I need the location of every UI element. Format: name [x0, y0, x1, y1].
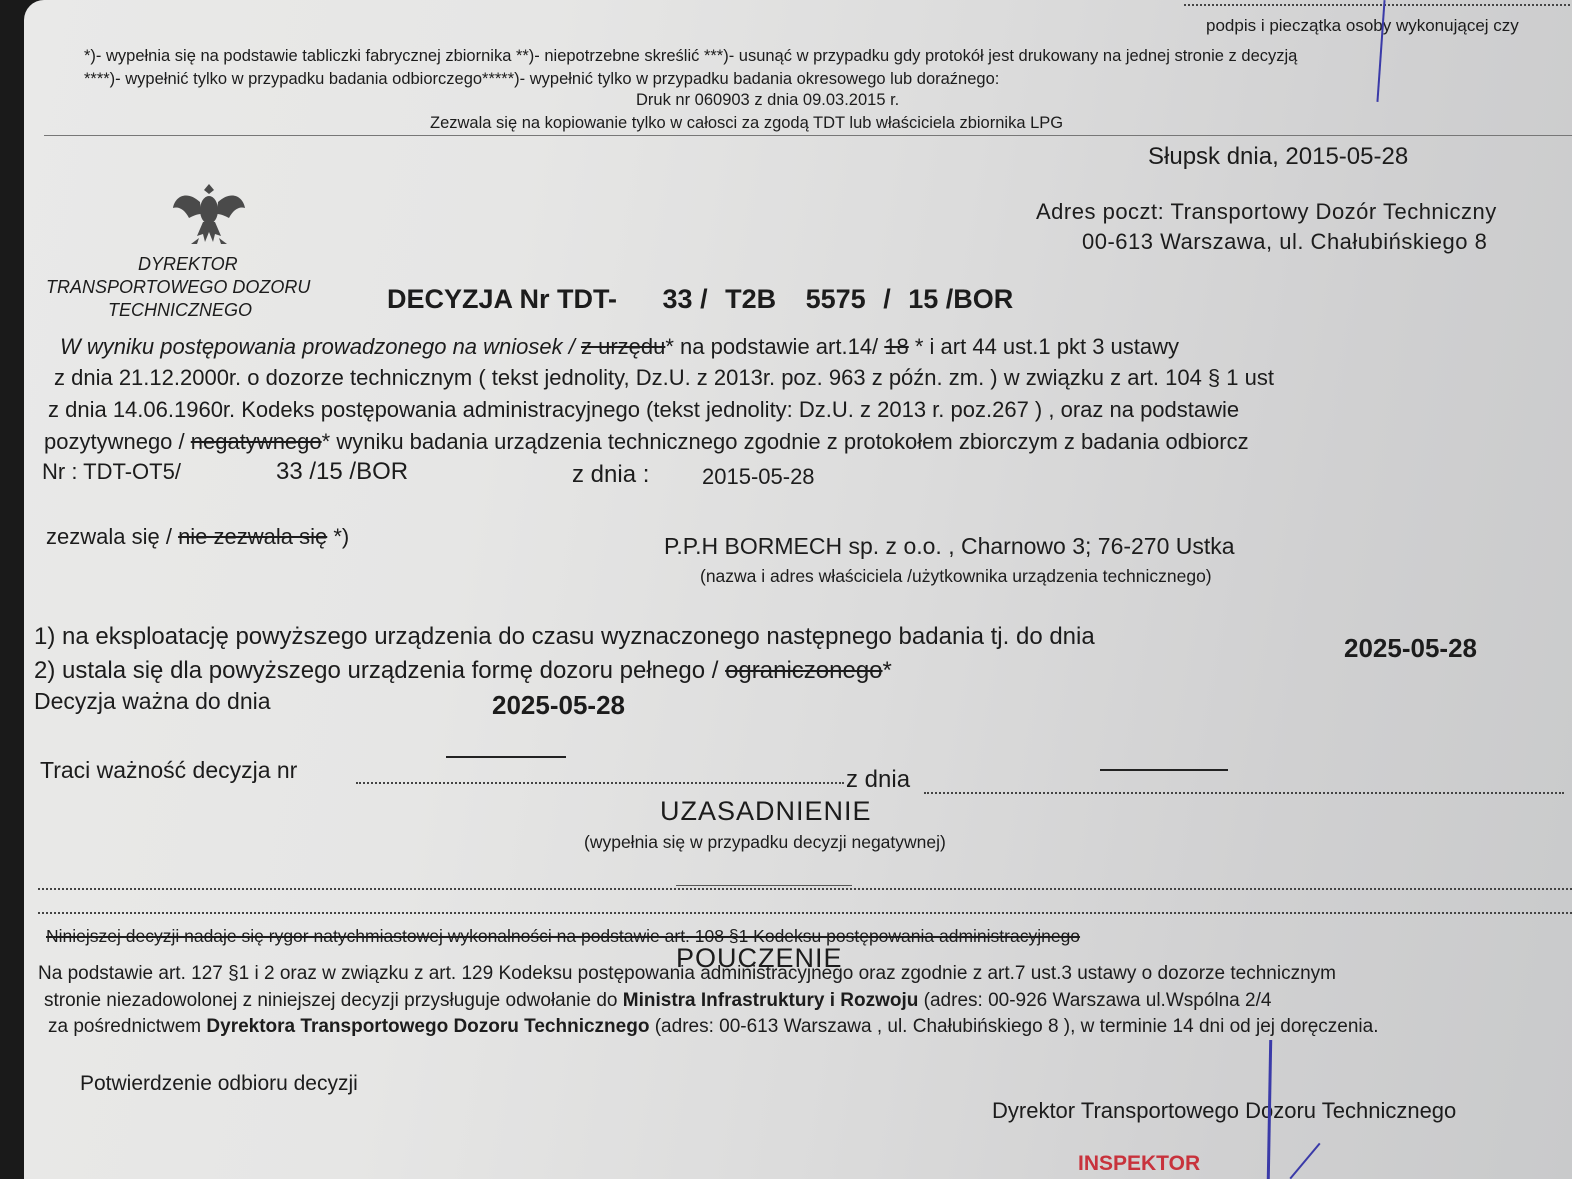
text: * i art 44 ust.1 pkt 3 ustawy [909, 334, 1179, 359]
text: pozytywnego / [44, 429, 191, 454]
expiry-date-field[interactable] [924, 792, 1564, 794]
header-divider [44, 135, 1572, 136]
valid-until-date: 2025-05-28 [492, 690, 625, 721]
decision-title-prefix: DECYZJA Nr TDT- [387, 284, 617, 314]
body-line-1: W wyniku postępowania prowadzonego na wn… [60, 334, 1179, 360]
place-date: Słupsk dnia, 2015-05-28 [1148, 143, 1408, 171]
struck-text: negatywnego [191, 429, 322, 454]
expiry-date-label: z dnia [846, 766, 910, 794]
justification-field[interactable] [38, 888, 1572, 890]
pen-signature-stroke [1289, 1143, 1320, 1179]
receipt-confirmation: Potwierdzenie odbioru decyzji [80, 1072, 358, 1096]
decision-number-part: 33 / [663, 284, 708, 314]
point-2: 2) ustala się dla powyższego urządzenia … [34, 657, 892, 685]
intermediary-authority: Dyrektora Transportowego Dozoru Technicz… [206, 1016, 649, 1037]
struck-text: 18 [884, 334, 908, 359]
protocol-label: Nr : TDT-OT5/ [42, 459, 181, 485]
text: W wyniku postępowania prowadzonego na wn… [60, 334, 581, 359]
address-line-1: Adres poczt: Transportowy Dozór Technicz… [1036, 199, 1497, 225]
justification-caption: (wypełnia się w przypadku decyzji negaty… [584, 832, 946, 853]
struck-text: nie zezwala się [178, 524, 327, 549]
justification-field-line-2[interactable] [38, 912, 1572, 914]
decoration-line [446, 756, 566, 758]
text: stronie niezadowolonej z niniejszej decy… [44, 990, 623, 1011]
protocol-date: 2015-05-28 [702, 464, 815, 490]
form-number: Druk nr 060903 z dnia 09.03.2015 r. [636, 91, 899, 110]
signatory-title: Dyrektor Transportowego Dozoru Techniczn… [992, 1098, 1456, 1124]
footnote-line-2: ****)- wypełnić tylko w przypadku badani… [84, 70, 999, 89]
decoration-line [676, 885, 852, 886]
issuer-line-3: TECHNICZNEGO [108, 300, 252, 321]
point-1: 1) na eksploatację powyższego urządzenia… [34, 623, 1095, 651]
decision-number: DECYZJA Nr TDT- 33 / T2B 5575 / 15 /BOR [387, 284, 1013, 315]
struck-text: ograniczonego [725, 657, 882, 684]
instruction-line-2: stronie niezadowolonej z niniejszej decy… [44, 990, 1271, 1012]
justification-title: UZASADNIENIE [660, 796, 872, 827]
decoration-line [1100, 769, 1228, 771]
protocol-date-label: z dnia : [572, 461, 649, 489]
text: * wyniku badania urządzenia technicznego… [322, 429, 1249, 454]
text: za pośrednictwem [48, 1016, 206, 1037]
owner-name-address: P.P.H BORMECH sp. z o.o. , Charnowo 3; 7… [664, 533, 1235, 560]
signature-caption: podpis i pieczątka osoby wykonującej czy [1206, 16, 1519, 36]
valid-until-label: Decyzja ważna do dnia [34, 688, 271, 715]
immediate-enforcement-clause: Niniejszej decyzji nadaje się rygor naty… [46, 926, 1080, 947]
text: 2) ustala się dla powyższego urządzenia … [34, 657, 725, 684]
body-line-3: z dnia 14.06.1960r. Kodeks postępowania … [48, 397, 1239, 423]
owner-caption: (nazwa i adres właściciela /użytkownika … [700, 566, 1212, 587]
text: *) [327, 524, 349, 549]
text: zezwala się / [46, 524, 178, 549]
decision-number-part: 5575 [806, 284, 866, 314]
decision-number-part: / [883, 284, 891, 314]
body-line-2: z dnia 21.12.2000r. o dozorze techniczny… [54, 365, 1274, 391]
text: * na podstawie art.14/ [665, 334, 884, 359]
expiry-label: Traci ważność decyzja nr [40, 757, 297, 784]
permission-choice: zezwala się / nie zezwala się *) [46, 524, 349, 550]
instruction-line-3: za pośrednictwem Dyrektora Transportoweg… [48, 1016, 1379, 1038]
text: (adres: 00-926 Warszawa ul.Wspólna 2/4 [918, 990, 1271, 1011]
signature-dotted-line [1184, 4, 1572, 6]
decision-number-part: T2B [725, 284, 776, 314]
protocol-number: 33 /15 /BOR [276, 458, 408, 486]
decision-number-part: 15 /BOR [908, 284, 1013, 314]
inspector-stamp: INSPEKTOR [1078, 1152, 1200, 1176]
body-line-4: pozytywnego / negatywnego* wyniku badani… [44, 429, 1249, 455]
address-line-2: 00-613 Warszawa, ul. Chałubińskiego 8 [1082, 229, 1487, 255]
text: (adres: 00-613 Warszawa , ul. Chałubińsk… [649, 1016, 1378, 1037]
footnote-line-1: *)- wypełnia się na podstawie tabliczki … [84, 47, 1297, 66]
polish-eagle-emblem-icon [169, 180, 249, 252]
issuer-line-2: TRANSPORTOWEGO DOZORU [46, 277, 310, 298]
document-page: podpis i pieczątka osoby wykonującej czy… [24, 0, 1572, 1179]
copy-notice: Zezwala się na kopiowanie tylko w całosc… [430, 114, 1063, 133]
appeal-authority: Ministra Infrastruktury i Rozwoju [623, 990, 919, 1011]
text: * [883, 657, 892, 684]
instruction-line-1: Na podstawie art. 127 §1 i 2 oraz w zwią… [38, 963, 1336, 985]
struck-text: z urzędu [581, 334, 665, 359]
issuer-line-1: DYREKTOR [138, 254, 238, 275]
next-inspection-date: 2025-05-28 [1344, 633, 1477, 664]
expiry-decision-number-field[interactable] [356, 782, 844, 784]
